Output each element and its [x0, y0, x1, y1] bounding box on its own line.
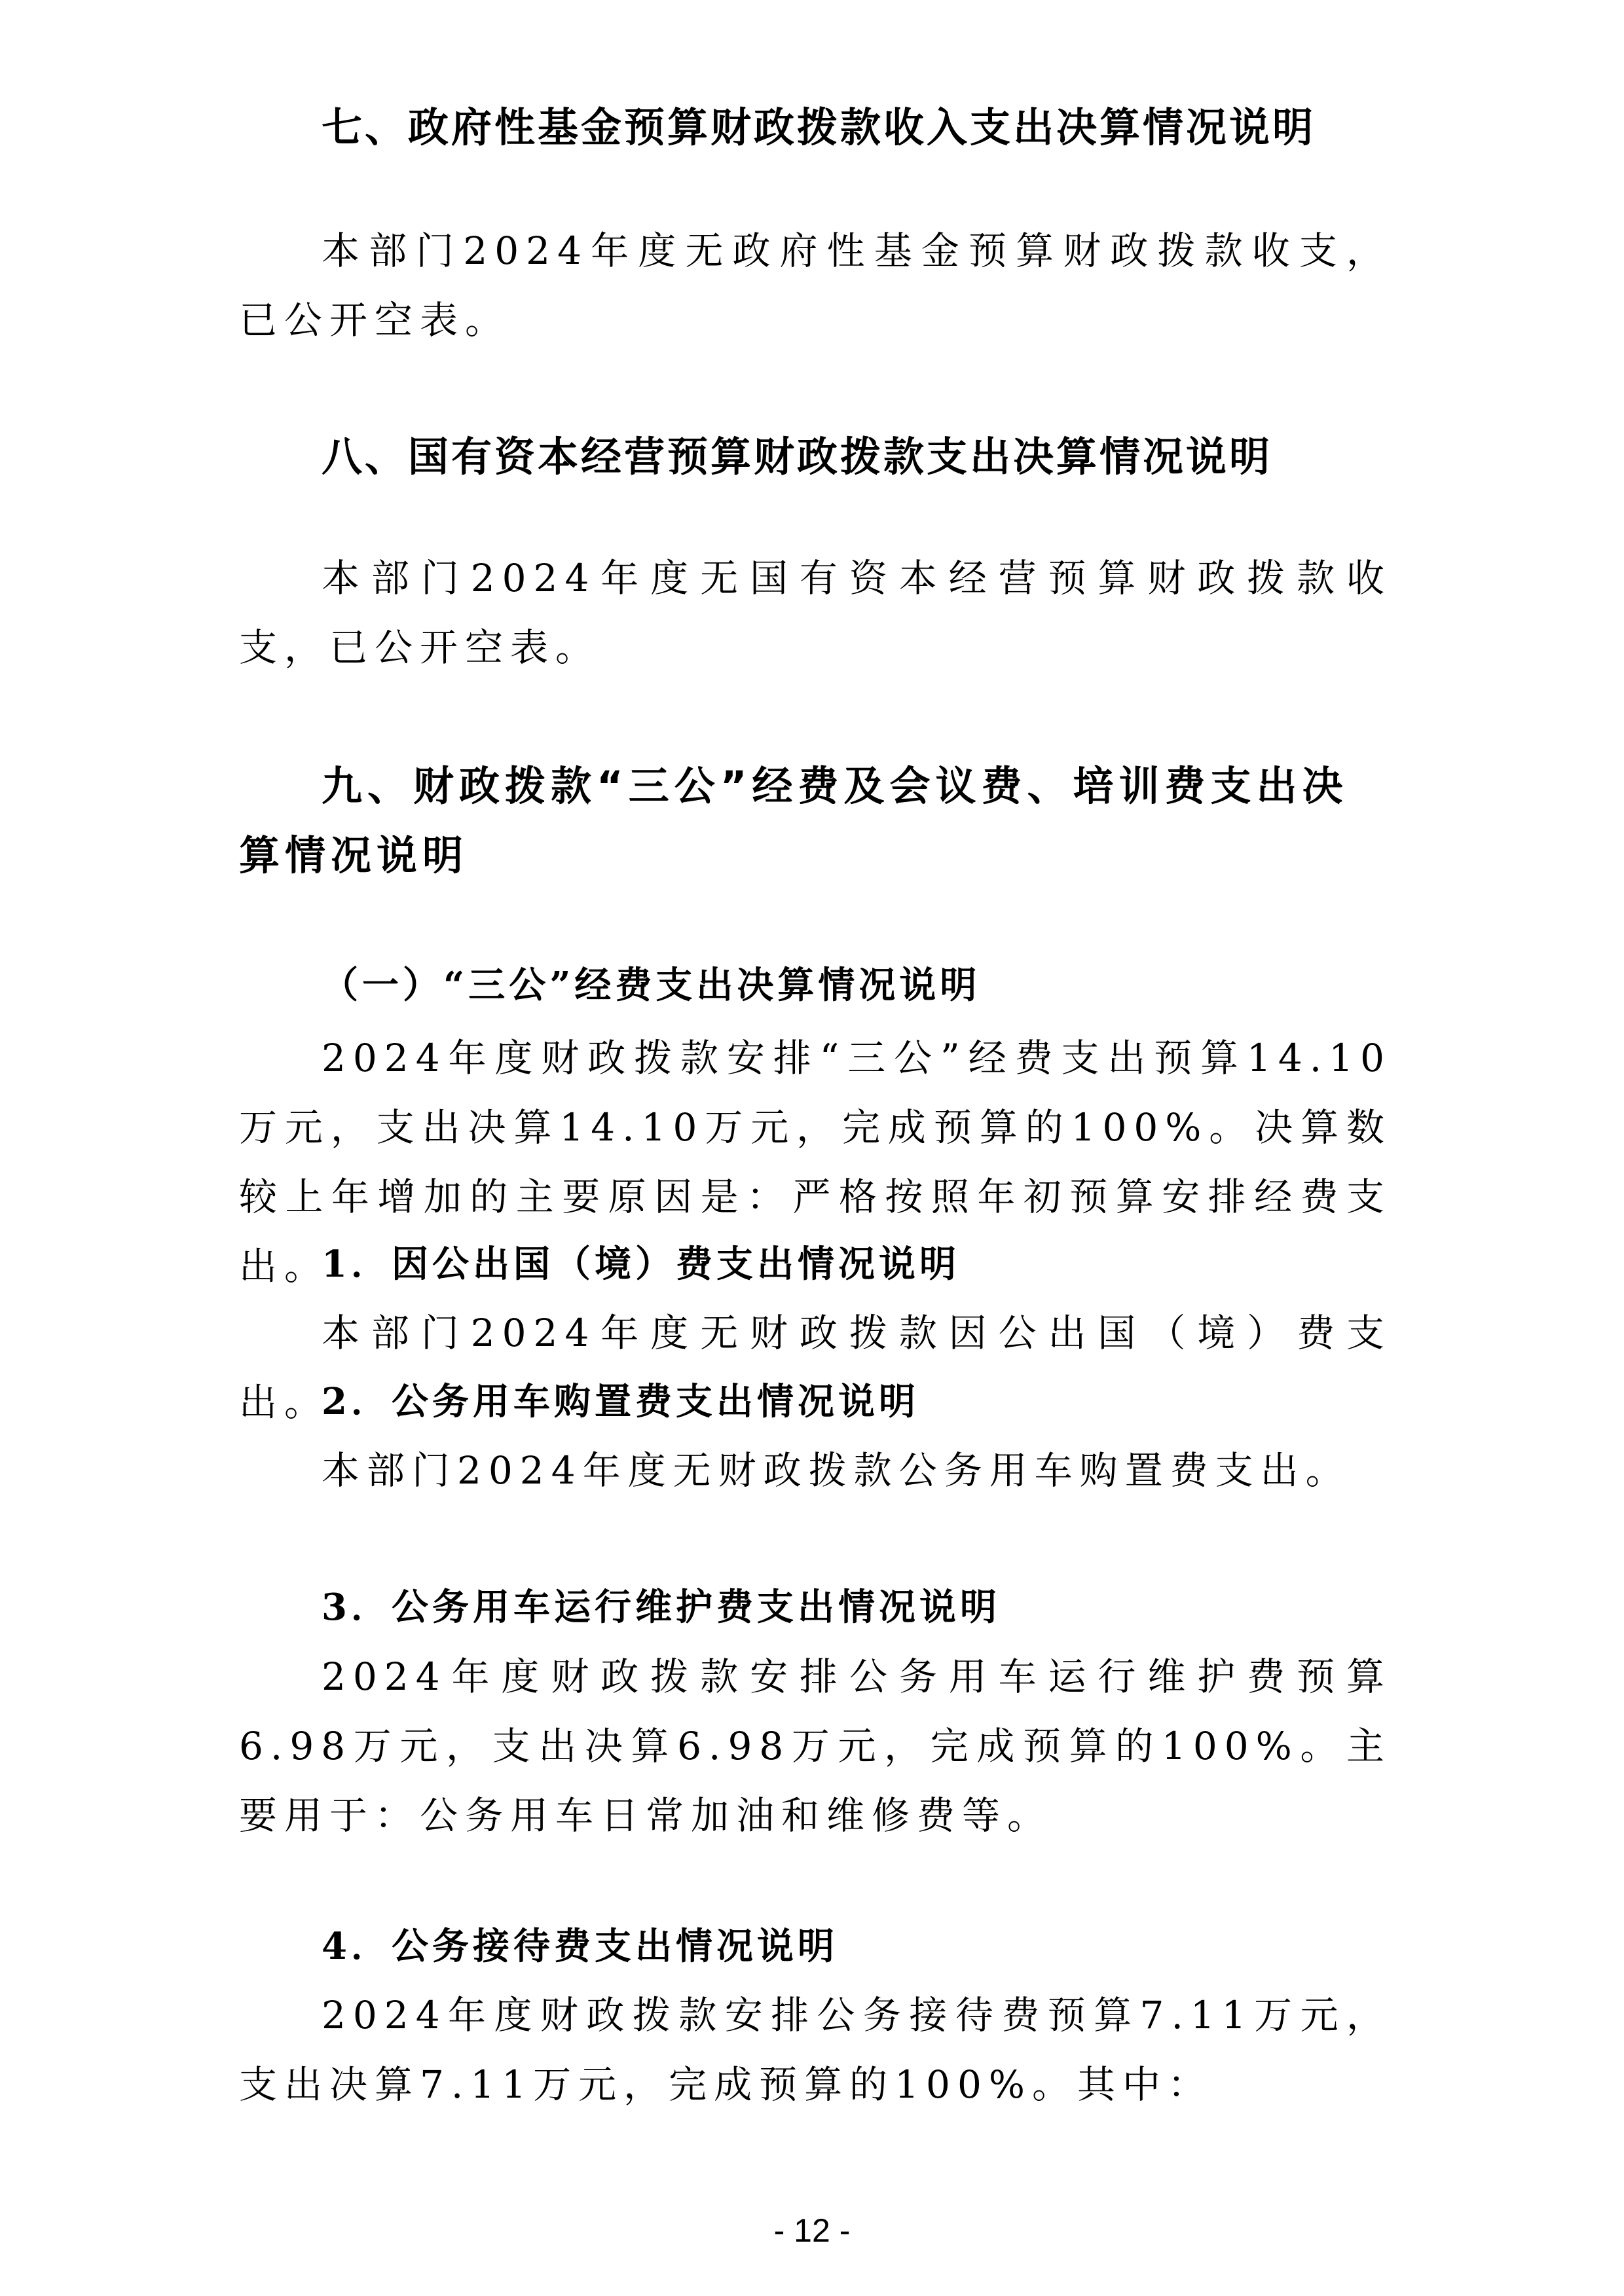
section-8-paragraph: 本部门2024年度无国有资本经营预算财政拨款收支，已公开空表。	[239, 543, 1392, 682]
section-heading-9: 九、财政拨款“三公”经费及会议费、培训费支出决算情况说明	[239, 752, 1392, 890]
item-title-4: 4．公务接待费支出情况说明	[239, 1912, 1392, 1981]
section-7-paragraph: 本部门2024年度无政府性基金预算财政拨款收支，已公开空表。	[239, 216, 1392, 355]
item-title-2: 2．公务用车购置费支出情况说明	[239, 1367, 1392, 1436]
subsection-title-1: （一）“三公”经费支出决算情况说明	[239, 951, 1392, 1020]
item-title-1: 1．因公出国（境）费支出情况说明	[239, 1230, 1392, 1299]
section-heading-8: 八、国有资本经营预算财政拨款支出决算情况说明	[239, 422, 1392, 492]
item-4-paragraph: 2024年度财政拨款安排公务接待费预算7.11万元，支出决算7.11万元，完成预…	[239, 1980, 1392, 2119]
item-title-3: 3．公务用车运行维护费支出情况说明	[239, 1573, 1392, 1642]
section-heading-7: 七、政府性基金预算财政拨款收入支出决算情况说明	[239, 93, 1392, 162]
item-3-paragraph: 2024年度财政拨款安排公务用车运行维护费预算6.98万元，支出决算6.98万元…	[239, 1642, 1392, 1850]
item-2-paragraph: 本部门2024年度无财政拨款公务用车购置费支出。	[239, 1436, 1392, 1505]
page-number: - 12 -	[0, 2212, 1624, 2250]
